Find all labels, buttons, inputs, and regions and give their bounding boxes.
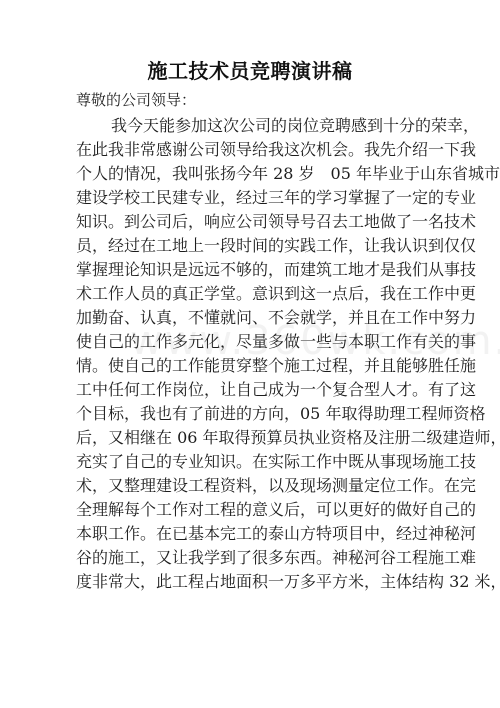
text-line: 谷的施工，又让我学到了很多东西。神秘河谷工程施工难 [76, 546, 426, 570]
text-line: 度非常大，此工程占地面积一万多平方米，主体结构 32 米， [76, 570, 426, 594]
text-line: 工中任何工作岗位，让自己成为一个复合型人才。有了这 [76, 378, 426, 402]
text-line: 情。使自己的工作能贯穿整个施工过程，并且能够胜任施 [76, 354, 426, 378]
text-line: 术，又整理建设工程资料，以及现场测量定位工作。在完 [76, 474, 426, 498]
text-line: 全理解每个工作对工程的意义后，可以更好的做好自己的 [76, 498, 426, 522]
document-page: 施工技术员竞聘演讲稿 尊敬的公司领导： 我今天能参加这次公司的岗位竞聘感到十分的… [0, 0, 500, 708]
text-line: 术工作人员的真正学堂。意识到这一点后，我在工作中更 [76, 282, 426, 306]
text-line: 个人的情况，我叫张扬今年 28 岁 05 年毕业于山东省城市 [76, 162, 426, 186]
text-line: 知识。到公司后，响应公司领导号召去工地做了一名技术 [76, 210, 426, 234]
body-text: 我今天能参加这次公司的岗位竞聘感到十分的荣幸， 在此我非常感谢公司领导给我这次机… [76, 114, 426, 594]
salutation: 尊敬的公司领导： [76, 89, 196, 111]
text-line: 员，经过在工地上一段时间的实践工作，让我认识到仅仅 [76, 234, 426, 258]
text-line: 我今天能参加这次公司的岗位竞聘感到十分的荣幸， [76, 114, 426, 138]
text-line: 在此我非常感谢公司领导给我这次机会。我先介绍一下我 [76, 138, 426, 162]
text-line: 个目标，我也有了前进的方向，05 年取得助理工程师资格 [76, 402, 426, 426]
text-line: 使自己的工作多元化，尽量多做一些与本职工作有关的事 [76, 330, 426, 354]
text-line: 本职工作。在已基本完工的泰山方特项目中，经过神秘河 [76, 522, 426, 546]
text-line: 建设学校工民建专业，经过三年的学习掌握了一定的专业 [76, 186, 426, 210]
document-title: 施工技术员竞聘演讲稿 [0, 58, 500, 84]
text-line: 掌握理论知识是远远不够的，而建筑工地才是我们从事技 [76, 258, 426, 282]
text-line: 充实了自己的专业知识。在实际工作中既从事现场施工技 [76, 450, 426, 474]
text-line: 后，又相继在 06 年取得预算员执业资格及注册二级建造师， [76, 426, 426, 450]
text-line: 加勤奋、认真，不懂就问、不会就学，并且在工作中努力 [76, 306, 426, 330]
